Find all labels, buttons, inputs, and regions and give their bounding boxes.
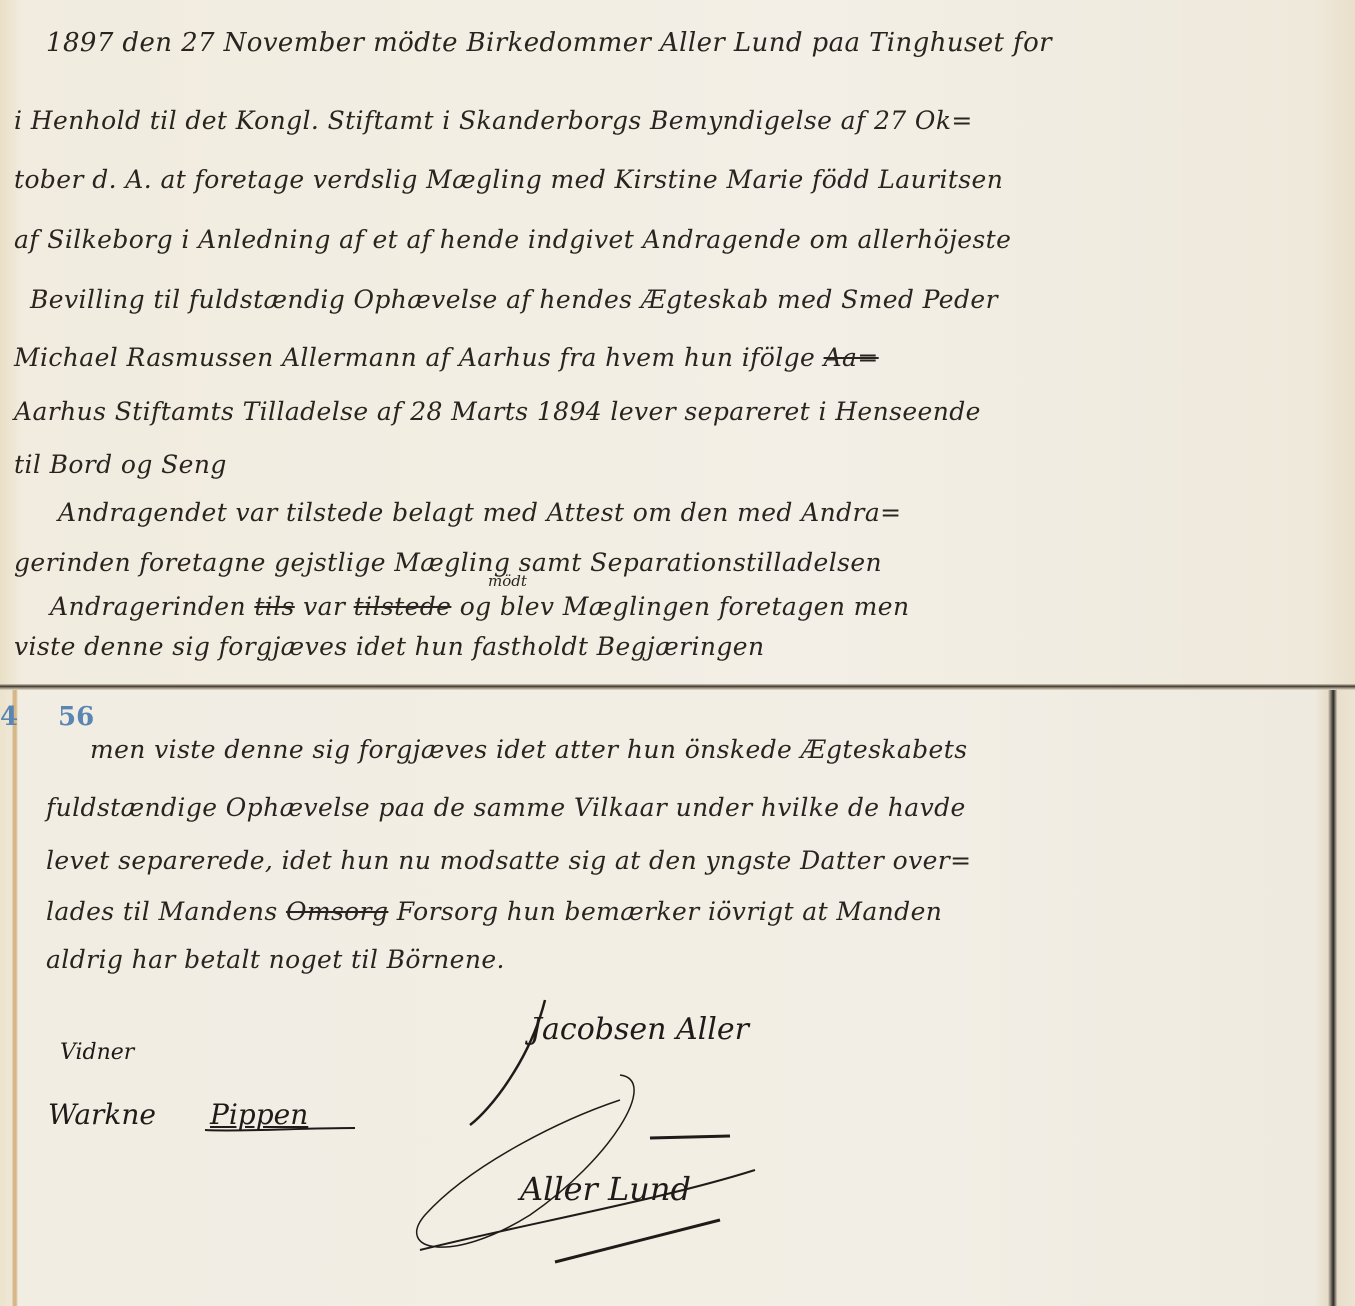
signature-flourish-icon (0, 0, 1355, 1306)
